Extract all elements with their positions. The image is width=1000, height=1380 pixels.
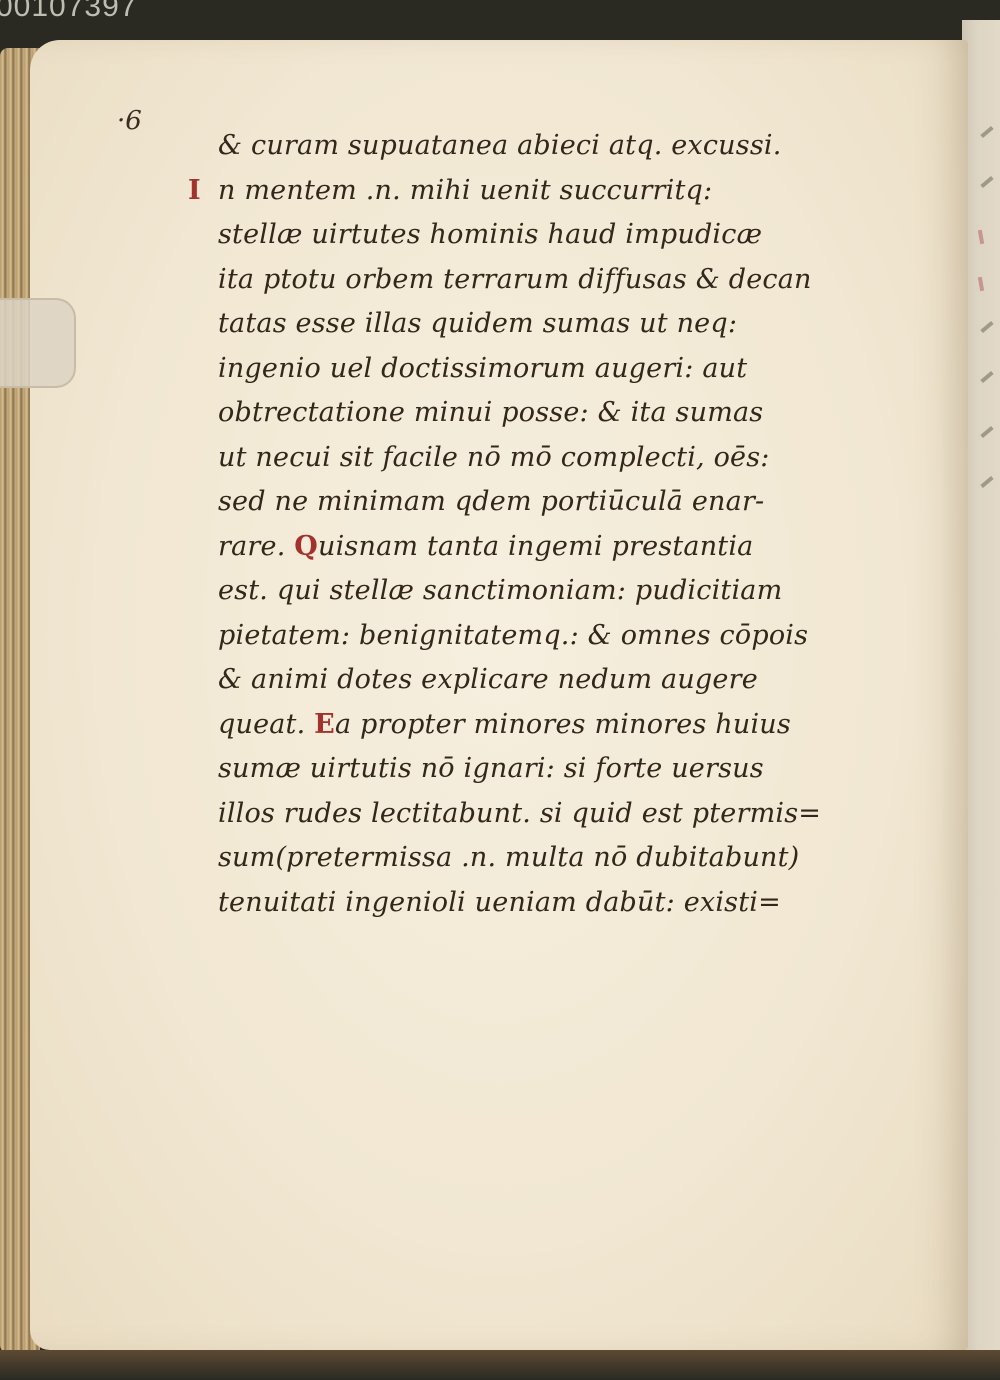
facing-rubric-mark — [978, 230, 984, 244]
text-line: ita ptotu orbem terrarum diffusas & deca… — [218, 258, 858, 303]
text-line: obtrectatione minui posse: & ita sumas — [218, 391, 858, 436]
facing-ink-mark — [980, 126, 993, 138]
text-line: & curam supuatanea abieci atq. excussi. — [218, 124, 858, 169]
text-line: illos rudes lectitabunt. si quid est pte… — [218, 792, 858, 837]
text-line: sumæ uirtutis nō ignari: si forte uersus — [218, 747, 858, 792]
text-line: rare. Quisnam tanta ingemi prestantia — [218, 525, 858, 570]
facing-ink-mark — [980, 371, 993, 383]
page-tab-marker — [0, 298, 76, 388]
facing-ink-mark — [980, 321, 993, 333]
facing-ink-mark — [980, 476, 993, 488]
manuscript-text: & curam supuatanea abieci atq. excussi. … — [218, 124, 858, 925]
text-line: sed ne minimam qdem portiūculā enar- — [218, 480, 858, 525]
bottom-edge — [0, 1350, 1000, 1380]
text-line: stellæ uirtutes hominis haud impudicæ — [218, 213, 858, 258]
facing-ink-mark — [980, 426, 993, 438]
text-line: ingenio uel doctissimorum augeri: aut — [218, 347, 858, 392]
rubric-initial: E — [314, 709, 335, 740]
text-line: sum(pretermissa .n. multa nō dubitabunt) — [218, 836, 858, 881]
text-line: ut necui sit facile nō mō complecti, oēs… — [218, 436, 858, 481]
rubric-initial: I — [188, 169, 201, 213]
facing-ink-mark — [980, 176, 993, 188]
text-line: tenuitati ingenioli ueniam dabūt: existi… — [218, 881, 858, 926]
page-number-mark: ·6 — [117, 106, 142, 136]
text-line: & animi dotes explicare nedum augere — [218, 658, 858, 703]
text-line: queat. Ea propter minores minores huius — [218, 703, 858, 748]
text-line: est. qui stellæ sanctimoniam: pudicitiam — [218, 569, 858, 614]
text-line: pietatem: benignitatemq.: & omnes cōpois — [218, 614, 858, 659]
facing-rubric-mark — [978, 277, 984, 291]
rubric-initial: Q — [294, 531, 318, 562]
text-line: In mentem .n. mihi uenit succurritq: — [218, 169, 858, 214]
scan-id-label: 00107397 — [0, 0, 137, 24]
text-line: tatas esse illas quidem sumas ut neq: — [218, 302, 858, 347]
